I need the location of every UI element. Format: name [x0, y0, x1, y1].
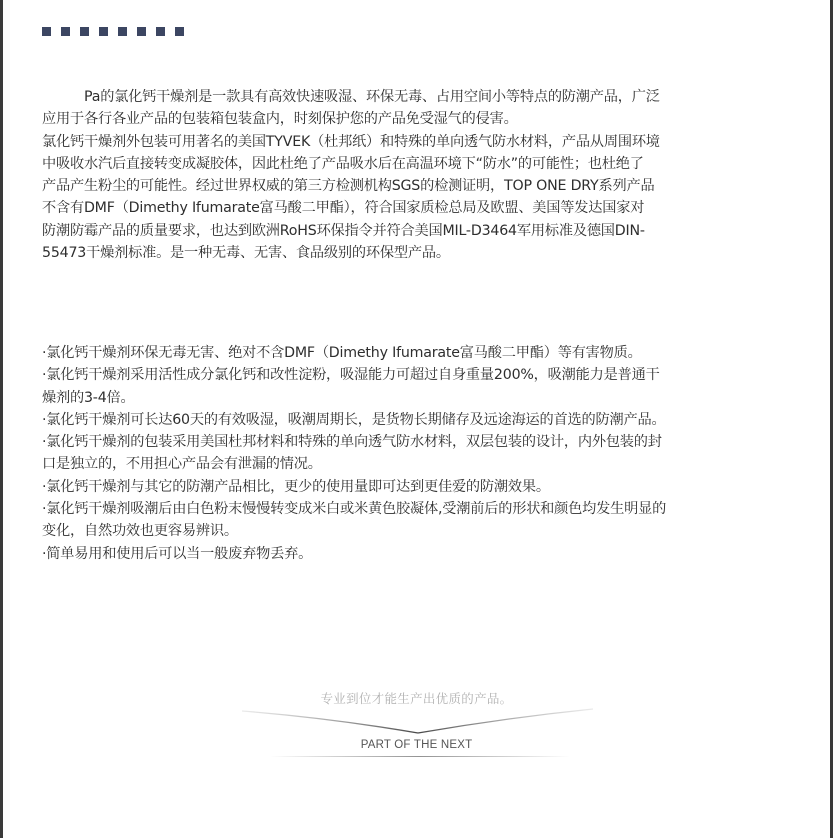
feature-line: ·氯化钙干燥剂采用活性成分氯化钙和改性淀粉，吸湿能力可超过自身重量200%，吸潮… [42, 364, 802, 386]
feature-line: ·简单易用和使用后可以当一般废弃物丢弃。 [42, 543, 802, 565]
intro-line: 中吸收水汽后直接转变成凝胶体，因此杜绝了产品吸水后在高温环境下“防水”的可能性；… [42, 153, 802, 175]
square-icon [99, 27, 108, 36]
square-icon [80, 27, 89, 36]
footer-underline [270, 756, 570, 757]
decorative-squares [42, 27, 184, 36]
square-icon [175, 27, 184, 36]
intro-paragraph: Pa的氯化钙干燥剂是一款具有高效快速吸湿、环保无毒、占用空间小等特点的防潮产品，… [42, 86, 802, 264]
feature-line: 变化，自然功效也更容易辨识。 [42, 520, 802, 542]
chevron-divider-icon [240, 706, 595, 738]
feature-line: ·氯化钙干燥剂的包装采用美国杜邦材料和特殊的单向透气防水材料，双层包装的设计，内… [42, 431, 802, 453]
left-border [0, 0, 3, 838]
square-icon [61, 27, 70, 36]
intro-line: 防潮防霉产品的质量要求，也达到欧洲RoHS环保指令并符合美国MIL-D3464军… [42, 220, 802, 242]
feature-list: ·氯化钙干燥剂环保无毒无害、绝对不含DMF（Dimethy Ifumarate富… [42, 342, 802, 565]
square-icon [137, 27, 146, 36]
feature-line: ·氯化钙干燥剂与其它的防潮产品相比，更少的使用量即可达到更佳爱的防潮效果。 [42, 476, 802, 498]
feature-line: 口是独立的，不用担心产品会有泄漏的情况。 [42, 453, 802, 475]
intro-line: 不含有DMF（Dimethy Ifumarate富马酸二甲酯），符合国家质检总局… [42, 197, 802, 219]
intro-line: Pa的氯化钙干燥剂是一款具有高效快速吸湿、环保无毒、占用空间小等特点的防潮产品，… [42, 86, 802, 108]
feature-line: ·氯化钙干燥剂环保无毒无害、绝对不含DMF（Dimethy Ifumarate富… [42, 342, 802, 364]
intro-line: 应用于各行各业产品的包装箱包装盒内，时刻保护您的产品免受湿气的侵害。 [42, 108, 802, 130]
intro-line: 氯化钙干燥剂外包装可用著名的美国TYVEK（杜邦纸）和特殊的单向透气防水材料，产… [42, 131, 802, 153]
part-of-the-next-label: PART OF THE NEXT [0, 739, 833, 751]
square-icon [118, 27, 127, 36]
footer-slogan: 专业到位才能生产出优质的产品。 [0, 689, 833, 707]
intro-line: 55473干燥剂标准。是一种无毒、无害、食品级别的环保型产品。 [42, 242, 802, 264]
feature-line: ·氯化钙干燥剂可长达60天的有效吸湿，吸潮周期长，是货物长期储存及远途海运的首选… [42, 409, 802, 431]
feature-line: 燥剂的3-4倍。 [42, 387, 802, 409]
square-icon [42, 27, 51, 36]
intro-line: 产品产生粉尘的可能性。经过世界权威的第三方检测机构SGS的检测证明，TOP ON… [42, 175, 802, 197]
square-icon [156, 27, 165, 36]
feature-line: ·氯化钙干燥剂吸潮后由白色粉末慢慢转变成米白或米黄色胶凝体,受潮前后的形状和颜色… [42, 498, 802, 520]
